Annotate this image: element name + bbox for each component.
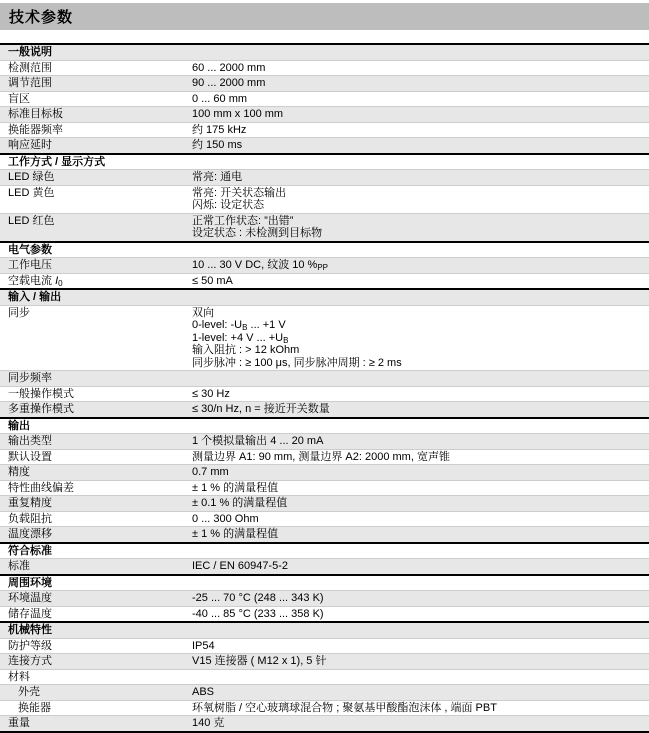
spec-label: 连接方式 (0, 655, 192, 668)
spec-value (192, 671, 649, 684)
spec-label: 机械特性 (0, 624, 192, 637)
spec-value-line: 环氧树脂 / 空心玻璃球混合物 ; 聚氨基甲酸酯泡沫体 , 端面 PBT (192, 702, 649, 715)
spec-row: 检测范围60 ... 2000 mm (0, 60, 649, 76)
spec-label: 同步频率 (0, 372, 192, 385)
spec-row: 外壳ABS (0, 684, 649, 700)
spec-value: 0 ... 60 mm (192, 93, 649, 106)
spec-value: 环氧树脂 / 空心玻璃球混合物 ; 聚氨基甲酸酯泡沫体 , 端面 PBT (192, 702, 649, 715)
spec-row: 精度0.7 mm (0, 464, 649, 480)
spec-label: 外壳 (0, 686, 192, 699)
spec-value-line: 输入阻抗 : > 12 kOhm (192, 344, 649, 357)
spec-row: 储存温度-40 ... 85 °C (233 ... 358 K) (0, 606, 649, 622)
spec-value (192, 545, 649, 558)
spec-value-line: 测量边界 A1: 90 mm, 测量边界 A2: 2000 mm, 宽声锥 (192, 451, 649, 464)
spec-row: 工作电压10 ... 30 V DC, 纹波 10 %PP (0, 257, 649, 273)
spec-label: 符合标准 (0, 545, 192, 558)
spec-label: 重量 (0, 717, 192, 730)
spec-value: ≤ 30/n Hz, n = 接近开关数量 (192, 403, 649, 416)
spec-row: 同步双向0-level: -UB ... +1 V1-level: +4 V .… (0, 305, 649, 371)
spec-label: 防护等级 (0, 640, 192, 653)
section-header-row: 输出 (0, 417, 649, 434)
spec-value-line: 约 175 kHz (192, 124, 649, 137)
spec-value-line: 0 ... 60 mm (192, 93, 649, 106)
spec-row: 响应延时约 150 ms (0, 137, 649, 153)
spec-value-line: 60 ... 2000 mm (192, 62, 649, 75)
spec-label: LED 黄色 (0, 187, 192, 212)
spec-value-line: 140 克 (192, 717, 649, 730)
spec-row: 一般操作模式≤ 30 Hz (0, 386, 649, 402)
title-bar: 技术参数 (0, 3, 649, 30)
spec-label: 环境温度 (0, 592, 192, 605)
spec-label: 负载阻抗 (0, 513, 192, 526)
spec-row: 调节范围90 ... 2000 mm (0, 75, 649, 91)
spec-label: 标准目标板 (0, 108, 192, 121)
spec-label: 默认设置 (0, 451, 192, 464)
section-header-row: 电气参数 (0, 241, 649, 258)
spec-value-line: ± 0.1 % 的满量程值 (192, 497, 649, 510)
spec-label: 电气参数 (0, 244, 192, 257)
spec-row: 换能器环氧树脂 / 空心玻璃球混合物 ; 聚氨基甲酸酯泡沫体 , 端面 PBT (0, 700, 649, 716)
spec-value: IEC / EN 60947-5-2 (192, 560, 649, 573)
spec-value: 140 克 (192, 717, 649, 730)
spec-value (192, 372, 649, 385)
page-title: 技术参数 (9, 6, 73, 27)
spec-value (192, 156, 649, 169)
spec-row: 盲区0 ... 60 mm (0, 91, 649, 107)
spec-value-line: ≤ 30/n Hz, n = 接近开关数量 (192, 403, 649, 416)
spec-value: 90 ... 2000 mm (192, 77, 649, 90)
spec-value (192, 577, 649, 590)
spec-row: 空载电流 I0≤ 50 mA (0, 273, 649, 289)
spec-value-line: ≤ 50 mA (192, 275, 649, 288)
spec-value: 1 个模拟量输出 4 ... 20 mA (192, 435, 649, 448)
spec-label: 精度 (0, 466, 192, 479)
spec-label: 输出 (0, 420, 192, 433)
spec-label: 一般操作模式 (0, 388, 192, 401)
spec-row: LED 绿色常亮: 通电 (0, 169, 649, 185)
spec-label: 检测范围 (0, 62, 192, 75)
section-header-row: 工作方式 / 显示方式 (0, 153, 649, 170)
spec-row: LED 黄色常亮: 开关状态输出闪烁: 设定状态 (0, 185, 649, 213)
spec-value-line: IP54 (192, 640, 649, 653)
spec-label: 多重操作模式 (0, 403, 192, 416)
spec-label: 特性曲线偏差 (0, 482, 192, 495)
spec-row: 重复精度± 0.1 % 的满量程值 (0, 495, 649, 511)
spec-value: 0 ... 300 Ohm (192, 513, 649, 526)
spec-label: 同步 (0, 307, 192, 370)
spec-value: 双向0-level: -UB ... +1 V1-level: +4 V ...… (192, 307, 649, 370)
section-header-row: 周围环境 (0, 574, 649, 591)
spec-label: LED 红色 (0, 215, 192, 240)
spec-value: 常亮: 通电 (192, 171, 649, 184)
spec-label: 一般说明 (0, 46, 192, 59)
spec-value-line: -25 ... 70 °C (248 ... 343 K) (192, 592, 649, 605)
spec-value-line: 100 mm x 100 mm (192, 108, 649, 121)
spec-label: 调节范围 (0, 77, 192, 90)
spec-label: 响应延时 (0, 139, 192, 152)
spec-label: 标准 (0, 560, 192, 573)
spec-value: 测量边界 A1: 90 mm, 测量边界 A2: 2000 mm, 宽声锥 (192, 451, 649, 464)
spec-value: 100 mm x 100 mm (192, 108, 649, 121)
spec-row: 防护等级IP54 (0, 638, 649, 654)
spec-label: 材料 (0, 671, 192, 684)
spec-label: 换能器 (0, 702, 192, 715)
spec-value-line: 90 ... 2000 mm (192, 77, 649, 90)
spec-value-line: 1-level: +4 V ... +UB (192, 332, 649, 345)
spec-label: 输出类型 (0, 435, 192, 448)
spec-value: IP54 (192, 640, 649, 653)
spec-value (192, 291, 649, 304)
spec-value (192, 624, 649, 637)
spec-value-line: ≤ 30 Hz (192, 388, 649, 401)
spec-value: ABS (192, 686, 649, 699)
section-header-row: 符合标准 (0, 542, 649, 559)
spec-value-line: 闪烁: 设定状态 (192, 199, 649, 212)
spec-row: 标准目标板100 mm x 100 mm (0, 106, 649, 122)
spec-value-line: 10 ... 30 V DC, 纹波 10 %PP (192, 259, 649, 272)
spec-row: 连接方式V15 连接器 ( M12 x 1), 5 针 (0, 653, 649, 669)
datasheet-page: 技术参数 一般说明检测范围60 ... 2000 mm调节范围90 ... 20… (0, 3, 649, 733)
spec-value-line: 同步脉冲 : ≥ 100 μs, 同步脉冲周期 : ≥ 2 ms (192, 357, 649, 370)
spec-value-line: 1 个模拟量输出 4 ... 20 mA (192, 435, 649, 448)
spec-value-line: -40 ... 85 °C (233 ... 358 K) (192, 608, 649, 621)
spec-value: ± 0.1 % 的满量程值 (192, 497, 649, 510)
section-header-row: 机械特性 (0, 621, 649, 638)
spec-value-line: ABS (192, 686, 649, 699)
spec-row: 重量140 克 (0, 715, 649, 731)
spec-value-line: 设定状态 : 未检测到目标物 (192, 227, 649, 240)
spec-value: V15 连接器 ( M12 x 1), 5 针 (192, 655, 649, 668)
spec-row: 负载阻抗0 ... 300 Ohm (0, 511, 649, 527)
spec-value-line: ± 1 % 的满量程值 (192, 482, 649, 495)
spec-value: -25 ... 70 °C (248 ... 343 K) (192, 592, 649, 605)
spec-row: 标准IEC / EN 60947-5-2 (0, 558, 649, 574)
spec-row: 输出类型1 个模拟量输出 4 ... 20 mA (0, 433, 649, 449)
spec-label: 周围环境 (0, 577, 192, 590)
spec-row: 同步频率 (0, 370, 649, 386)
spec-label: 储存温度 (0, 608, 192, 621)
spec-row: 特性曲线偏差± 1 % 的满量程值 (0, 480, 649, 496)
spec-value (192, 244, 649, 257)
spec-value-line: ± 1 % 的满量程值 (192, 528, 649, 541)
spec-value-line: 正常工作状态: ”出错” (192, 215, 649, 228)
spec-value: 常亮: 开关状态输出闪烁: 设定状态 (192, 187, 649, 212)
spec-value-line: 约 150 ms (192, 139, 649, 152)
spec-value (192, 420, 649, 433)
spec-value-line: 0.7 mm (192, 466, 649, 479)
spec-label: 换能器频率 (0, 124, 192, 137)
spec-value-line: IEC / EN 60947-5-2 (192, 560, 649, 573)
spec-value-line: 常亮: 开关状态输出 (192, 187, 649, 200)
spec-value: ≤ 50 mA (192, 275, 649, 288)
spec-label: 输入 / 输出 (0, 291, 192, 304)
spec-row: 多重操作模式≤ 30/n Hz, n = 接近开关数量 (0, 401, 649, 417)
spec-value (192, 46, 649, 59)
spec-row: 环境温度-25 ... 70 °C (248 ... 343 K) (0, 590, 649, 606)
spec-value: 约 175 kHz (192, 124, 649, 137)
spec-label: 重复精度 (0, 497, 192, 510)
spec-value: ≤ 30 Hz (192, 388, 649, 401)
spec-row: 默认设置测量边界 A1: 90 mm, 测量边界 A2: 2000 mm, 宽声… (0, 449, 649, 465)
spec-value: -40 ... 85 °C (233 ... 358 K) (192, 608, 649, 621)
spec-value: 60 ... 2000 mm (192, 62, 649, 75)
spec-value-line: 常亮: 通电 (192, 171, 649, 184)
spec-label: LED 绿色 (0, 171, 192, 184)
spec-value: ± 1 % 的满量程值 (192, 528, 649, 541)
spec-label: 温度漂移 (0, 528, 192, 541)
spec-value-line: 0-level: -UB ... +1 V (192, 319, 649, 332)
section-header-row: 输入 / 输出 (0, 288, 649, 305)
spec-row: 材料 (0, 669, 649, 685)
spec-table: 一般说明检测范围60 ... 2000 mm调节范围90 ... 2000 mm… (0, 43, 649, 733)
spec-row: 温度漂移± 1 % 的满量程值 (0, 526, 649, 542)
spec-label: 工作电压 (0, 259, 192, 272)
spec-value: 10 ... 30 V DC, 纹波 10 %PP (192, 259, 649, 272)
spec-label: 空载电流 I0 (0, 275, 192, 288)
spec-row: LED 红色正常工作状态: ”出错”设定状态 : 未检测到目标物 (0, 213, 649, 241)
spec-value-line: V15 连接器 ( M12 x 1), 5 针 (192, 655, 649, 668)
spec-value: 约 150 ms (192, 139, 649, 152)
spec-value: ± 1 % 的满量程值 (192, 482, 649, 495)
spec-value: 0.7 mm (192, 466, 649, 479)
spec-value: 正常工作状态: ”出错”设定状态 : 未检测到目标物 (192, 215, 649, 240)
spec-label: 盲区 (0, 93, 192, 106)
spec-label: 工作方式 / 显示方式 (0, 156, 192, 169)
section-header-row: 一般说明 (0, 43, 649, 60)
spec-value-line: 双向 (192, 307, 649, 320)
spec-value-line: 0 ... 300 Ohm (192, 513, 649, 526)
spec-row: 换能器频率约 175 kHz (0, 122, 649, 138)
